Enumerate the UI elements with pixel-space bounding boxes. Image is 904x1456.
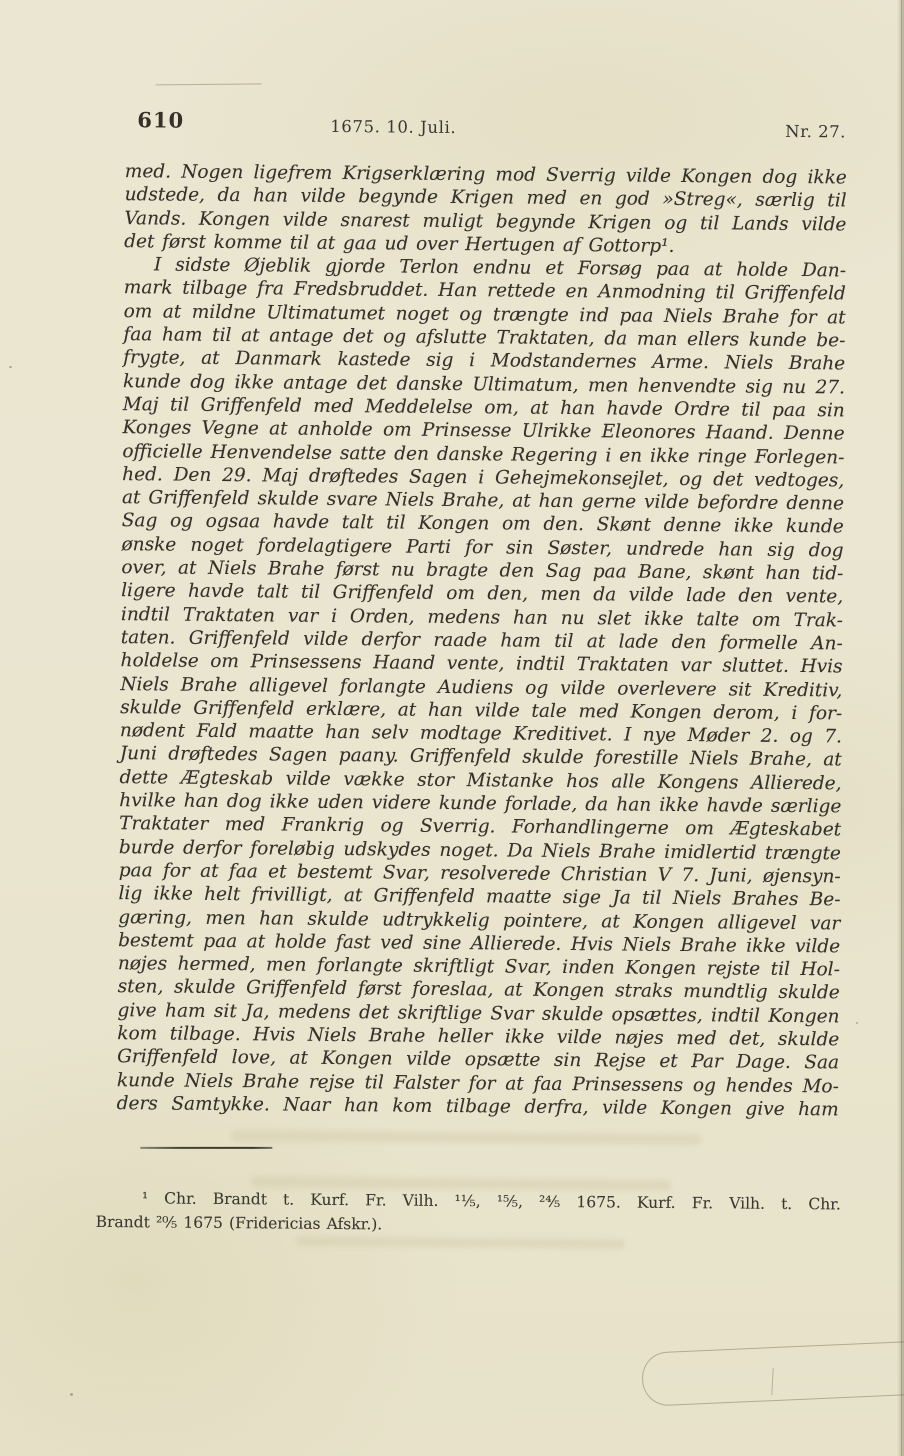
footnote-separator (140, 1147, 272, 1149)
page-edge-line (901, 0, 902, 1456)
running-head-document-number: Nr. 27. (785, 122, 846, 142)
paper-speck-artifact (70, 1393, 73, 1396)
ink-bleed-artifact (231, 1130, 701, 1145)
footnote: ¹ Chr. Brandt t. Kurf. Fr. Vilh. ¹¹⁄₅, ¹… (96, 1187, 841, 1240)
running-head-date: 1675. 10. Juli. (330, 117, 456, 137)
scan-scratch-artifact (156, 83, 262, 85)
paper-speck-artifact (856, 1022, 858, 1024)
paper-speck-artifact (9, 366, 12, 368)
page-content: 610 1675. 10. Juli. Nr. 27. med. Nogen l… (0, 0, 904, 1456)
body-text: med. Nogen ligefrem Krigserklæring mod S… (117, 160, 847, 1121)
book-page-scan: 610 1675. 10. Juli. Nr. 27. med. Nogen l… (0, 0, 904, 1456)
page-number: 610 (137, 107, 184, 132)
ink-bleed-artifact (295, 1237, 625, 1249)
